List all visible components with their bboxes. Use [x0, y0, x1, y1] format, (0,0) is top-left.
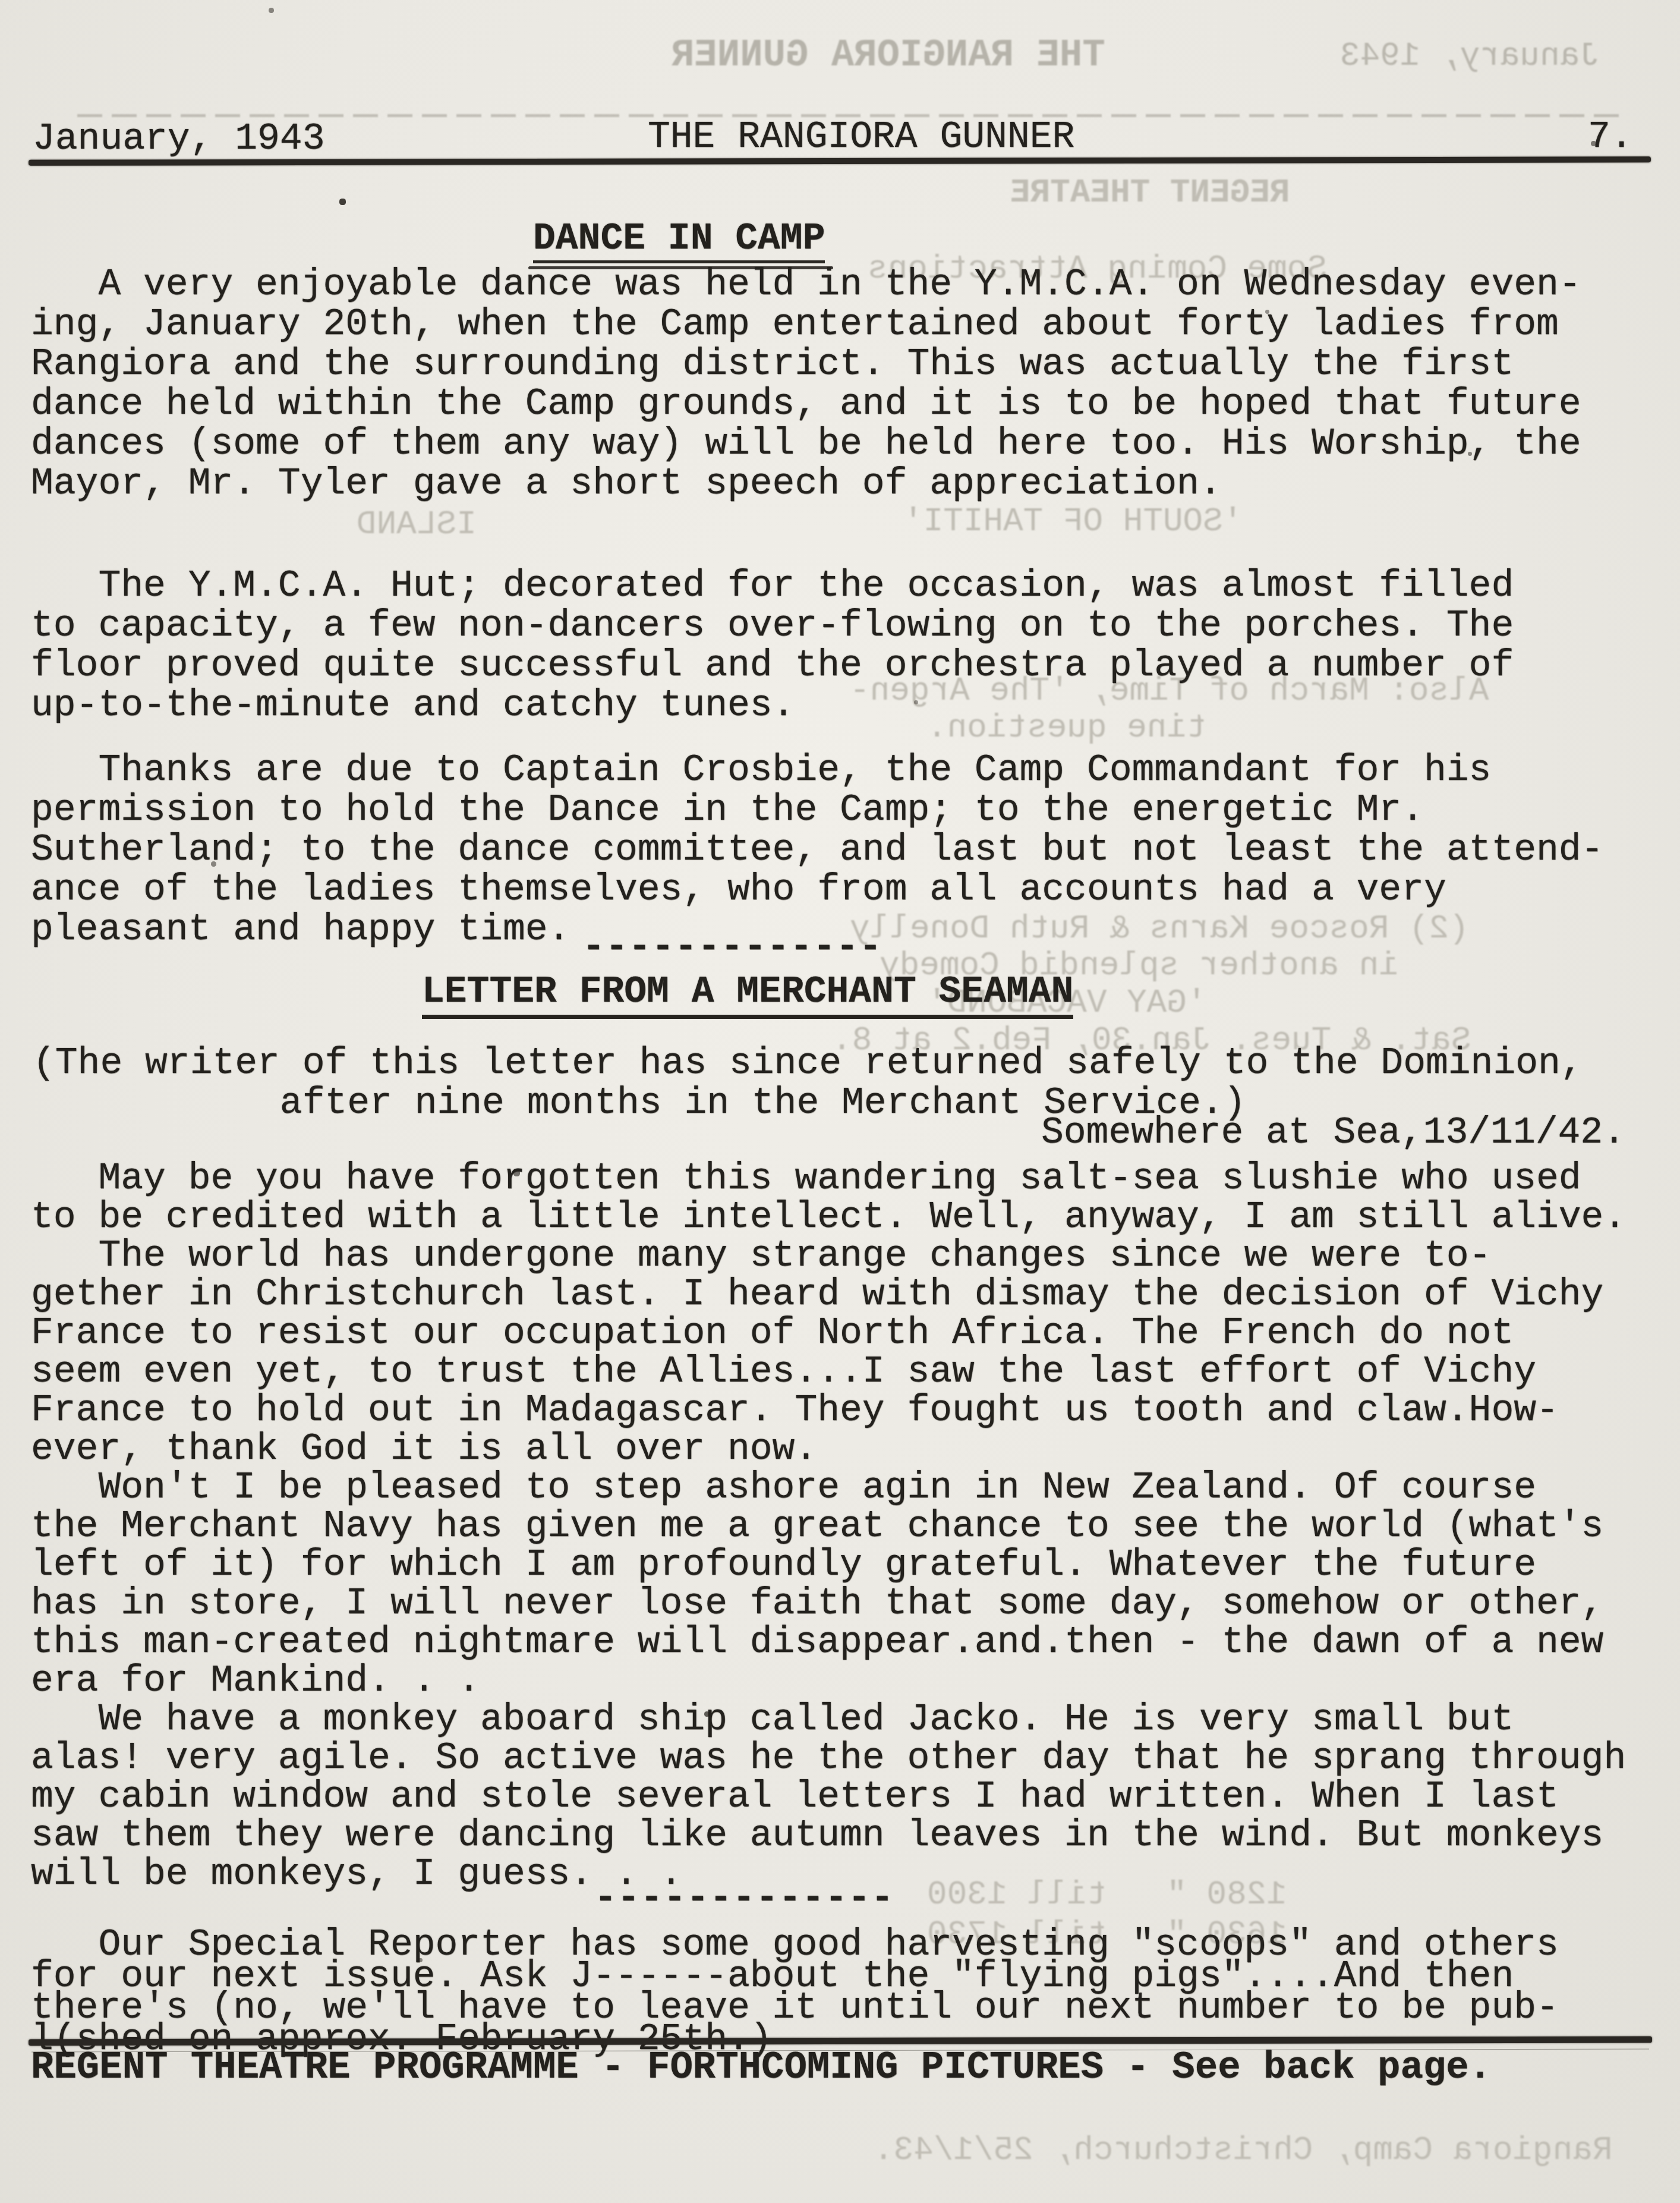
bleed-through-text: REGENT THEATRE	[1010, 174, 1290, 212]
bleed-through-text: 'SOUTH OF TAHITI'	[903, 502, 1243, 540]
article-title-dance-in-camp: DANCE IN CAMP	[533, 219, 825, 263]
bleed-through-text: ISLAND	[357, 505, 477, 543]
section-divider: -------------	[594, 1878, 894, 1918]
newspaper-title: THE RANGIORA GUNNER	[648, 117, 1074, 157]
page-number: 7.	[1588, 117, 1633, 157]
dance-article-paragraph-2: The Y.M.C.A. Hut; decorated for the occa…	[31, 566, 1514, 725]
issue-date: January, 1943	[33, 119, 324, 159]
letter-dateline: Somewhere at Sea,13/11/42.	[1041, 1113, 1625, 1153]
bleed-through-text: Rangiora Camp, Christchurch, 25/1/43.	[874, 2131, 1612, 2169]
bleed-through-text: January, 1943	[1340, 37, 1600, 75]
footer-note: REGENT THEATRE PROGRAMME - FORTHCOMING P…	[31, 2048, 1492, 2088]
closing-paragraph: Our Special Reporter has some good harve…	[31, 1929, 1559, 2055]
letter-preamble: (The writer of this letter has since ret…	[33, 1043, 1583, 1123]
dance-article-paragraph-1: A very enjoyable dance was held in the Y…	[31, 265, 1581, 503]
scanned-newsletter-page: THE RANGIORA GUNNER January, 1943 REGENT…	[0, 0, 1680, 2203]
dance-article-paragraph-3: Thanks are due to Captain Crosbie, the C…	[31, 750, 1603, 949]
letter-body: May be you have forgotten this wandering…	[31, 1159, 1626, 1893]
article-title-letter-from-merchant-seaman: LETTER FROM A MERCHANT SEAMAN	[422, 972, 1073, 1019]
bleed-through-text: THE RANGIORA GUNNER	[672, 34, 1105, 77]
ink-specks	[0, 0, 2, 2]
section-divider: -------------	[582, 927, 882, 967]
